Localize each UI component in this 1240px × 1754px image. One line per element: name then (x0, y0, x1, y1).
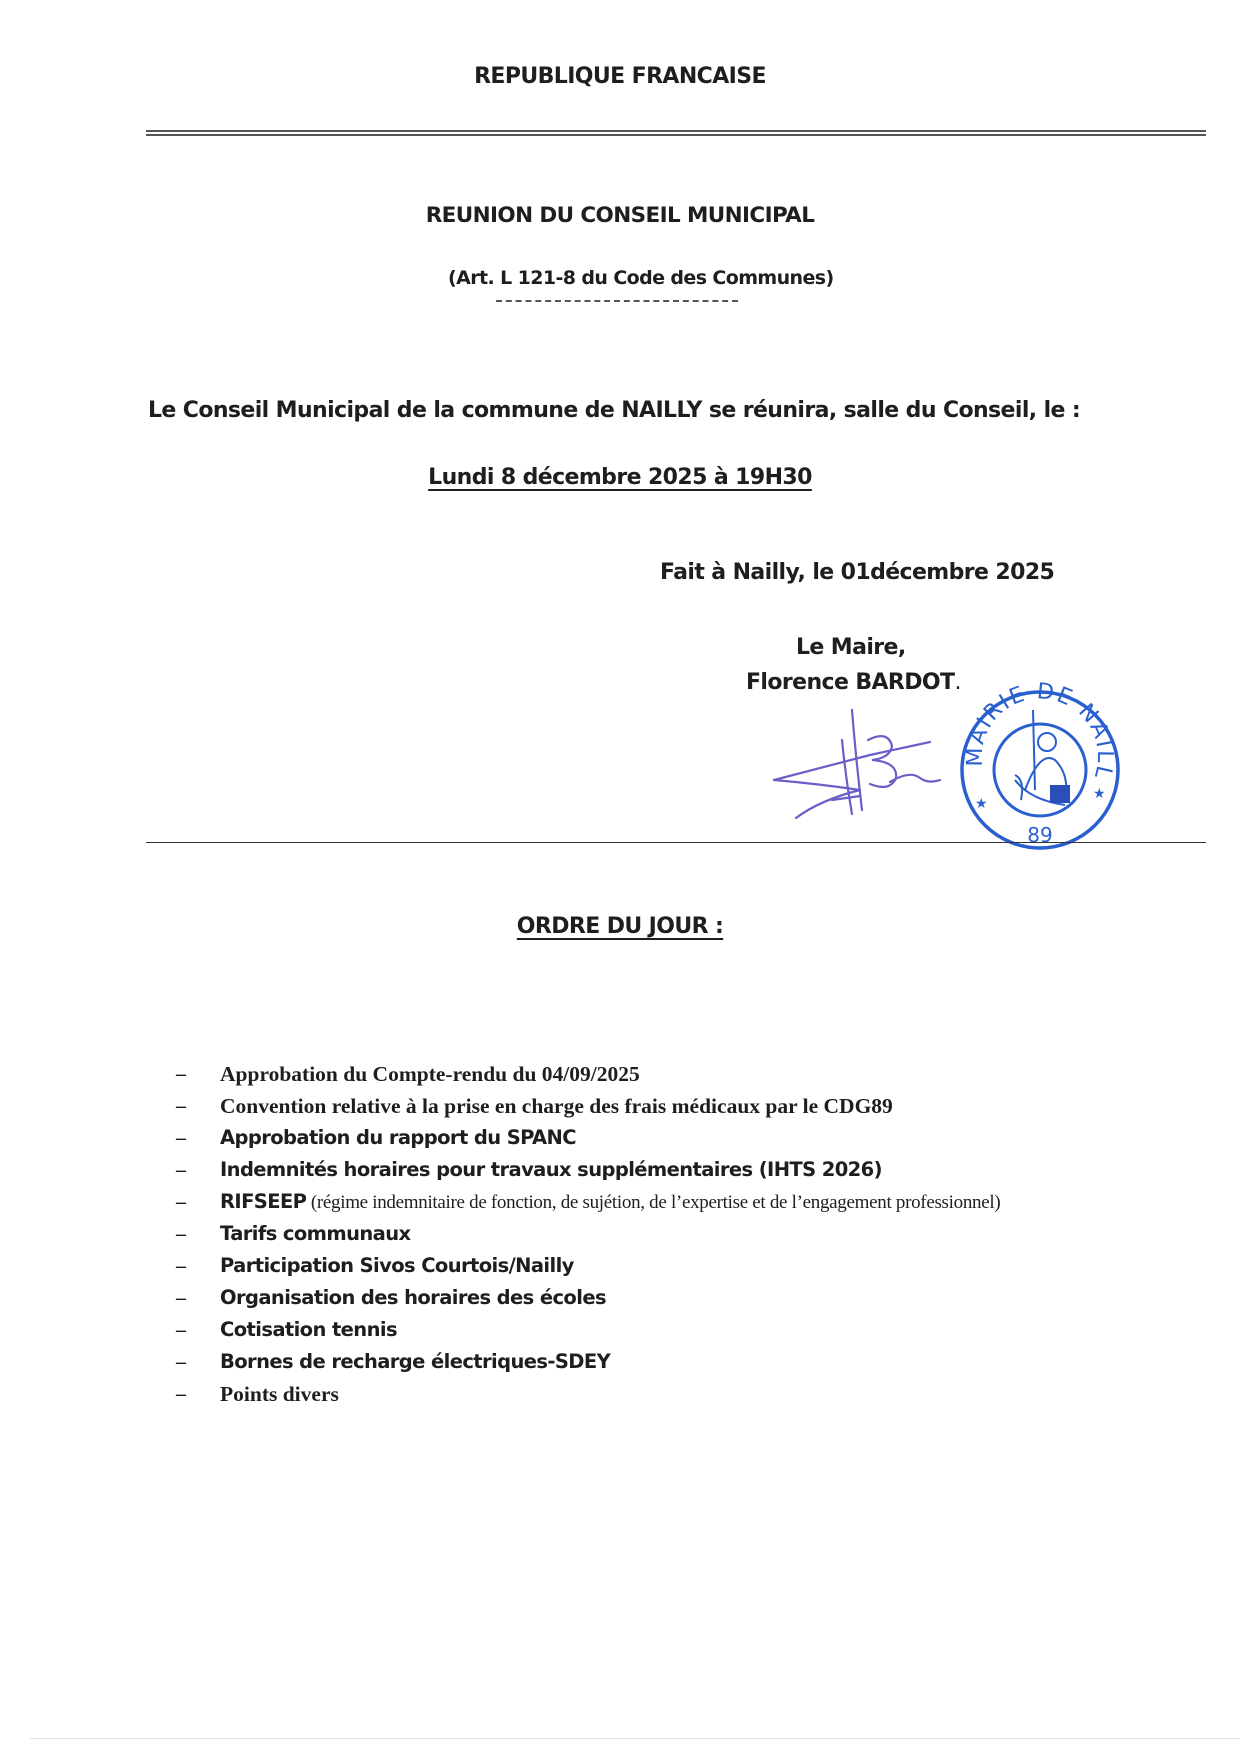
agenda-item: –Approbation du rapport du SPANC (176, 1122, 1000, 1154)
agenda-item: –Convention relative à la prise en charg… (176, 1090, 1000, 1122)
convocation-text: Le Conseil Municipal de la commune de NA… (148, 398, 1108, 423)
meeting-date: Lundi 8 décembre 2025 à 19H30 (0, 465, 1240, 490)
mayor-name-text: Florence BARDOT (746, 670, 954, 695)
mayor-name: Florence BARDOT. (746, 670, 961, 695)
official-stamp-icon: MAIRIE DE NAILLY 89 ★ ★ (955, 680, 1125, 850)
svg-text:89: 89 (1027, 823, 1052, 847)
agenda-item: –RIFSEEP (régime indemnitaire de fonctio… (176, 1186, 1000, 1218)
mayor-role: Le Maire, (796, 635, 906, 660)
legal-reference: (Art. L 121-8 du Code des Communes) (448, 267, 848, 289)
agenda-item: –Tarifs communaux (176, 1218, 1000, 1250)
republic-heading: REPUBLIQUE FRANCAISE (0, 64, 1240, 89)
place-and-date: Fait à Nailly, le 01décembre 2025 (660, 560, 1054, 585)
agenda-item: –Bornes de recharge électriques-SDEY (176, 1346, 1000, 1378)
svg-text:★: ★ (1093, 786, 1106, 802)
agenda-item: –Organisation des horaires des écoles (176, 1282, 1000, 1314)
signature-separator-line (146, 842, 1206, 843)
agenda-item: –Indemnités horaires pour travaux supplé… (176, 1154, 1000, 1186)
agenda-item: –Approbation du Compte-rendu du 04/09/20… (176, 1058, 1000, 1090)
dashed-separator (496, 300, 738, 302)
agenda-item: –Participation Sivos Courtois/Nailly (176, 1250, 1000, 1282)
agenda-item: –Points divers (176, 1378, 1000, 1410)
svg-text:★: ★ (975, 796, 988, 812)
agenda-title: ORDRE DU JOUR : (0, 914, 1240, 939)
agenda-item: –Cotisation tennis (176, 1314, 1000, 1346)
header-double-rule (146, 130, 1206, 136)
agenda-list: –Approbation du Compte-rendu du 04/09/20… (176, 1058, 1000, 1410)
scan-edge-line (30, 1738, 1240, 1739)
meeting-title: REUNION DU CONSEIL MUNICIPAL (0, 203, 1240, 228)
